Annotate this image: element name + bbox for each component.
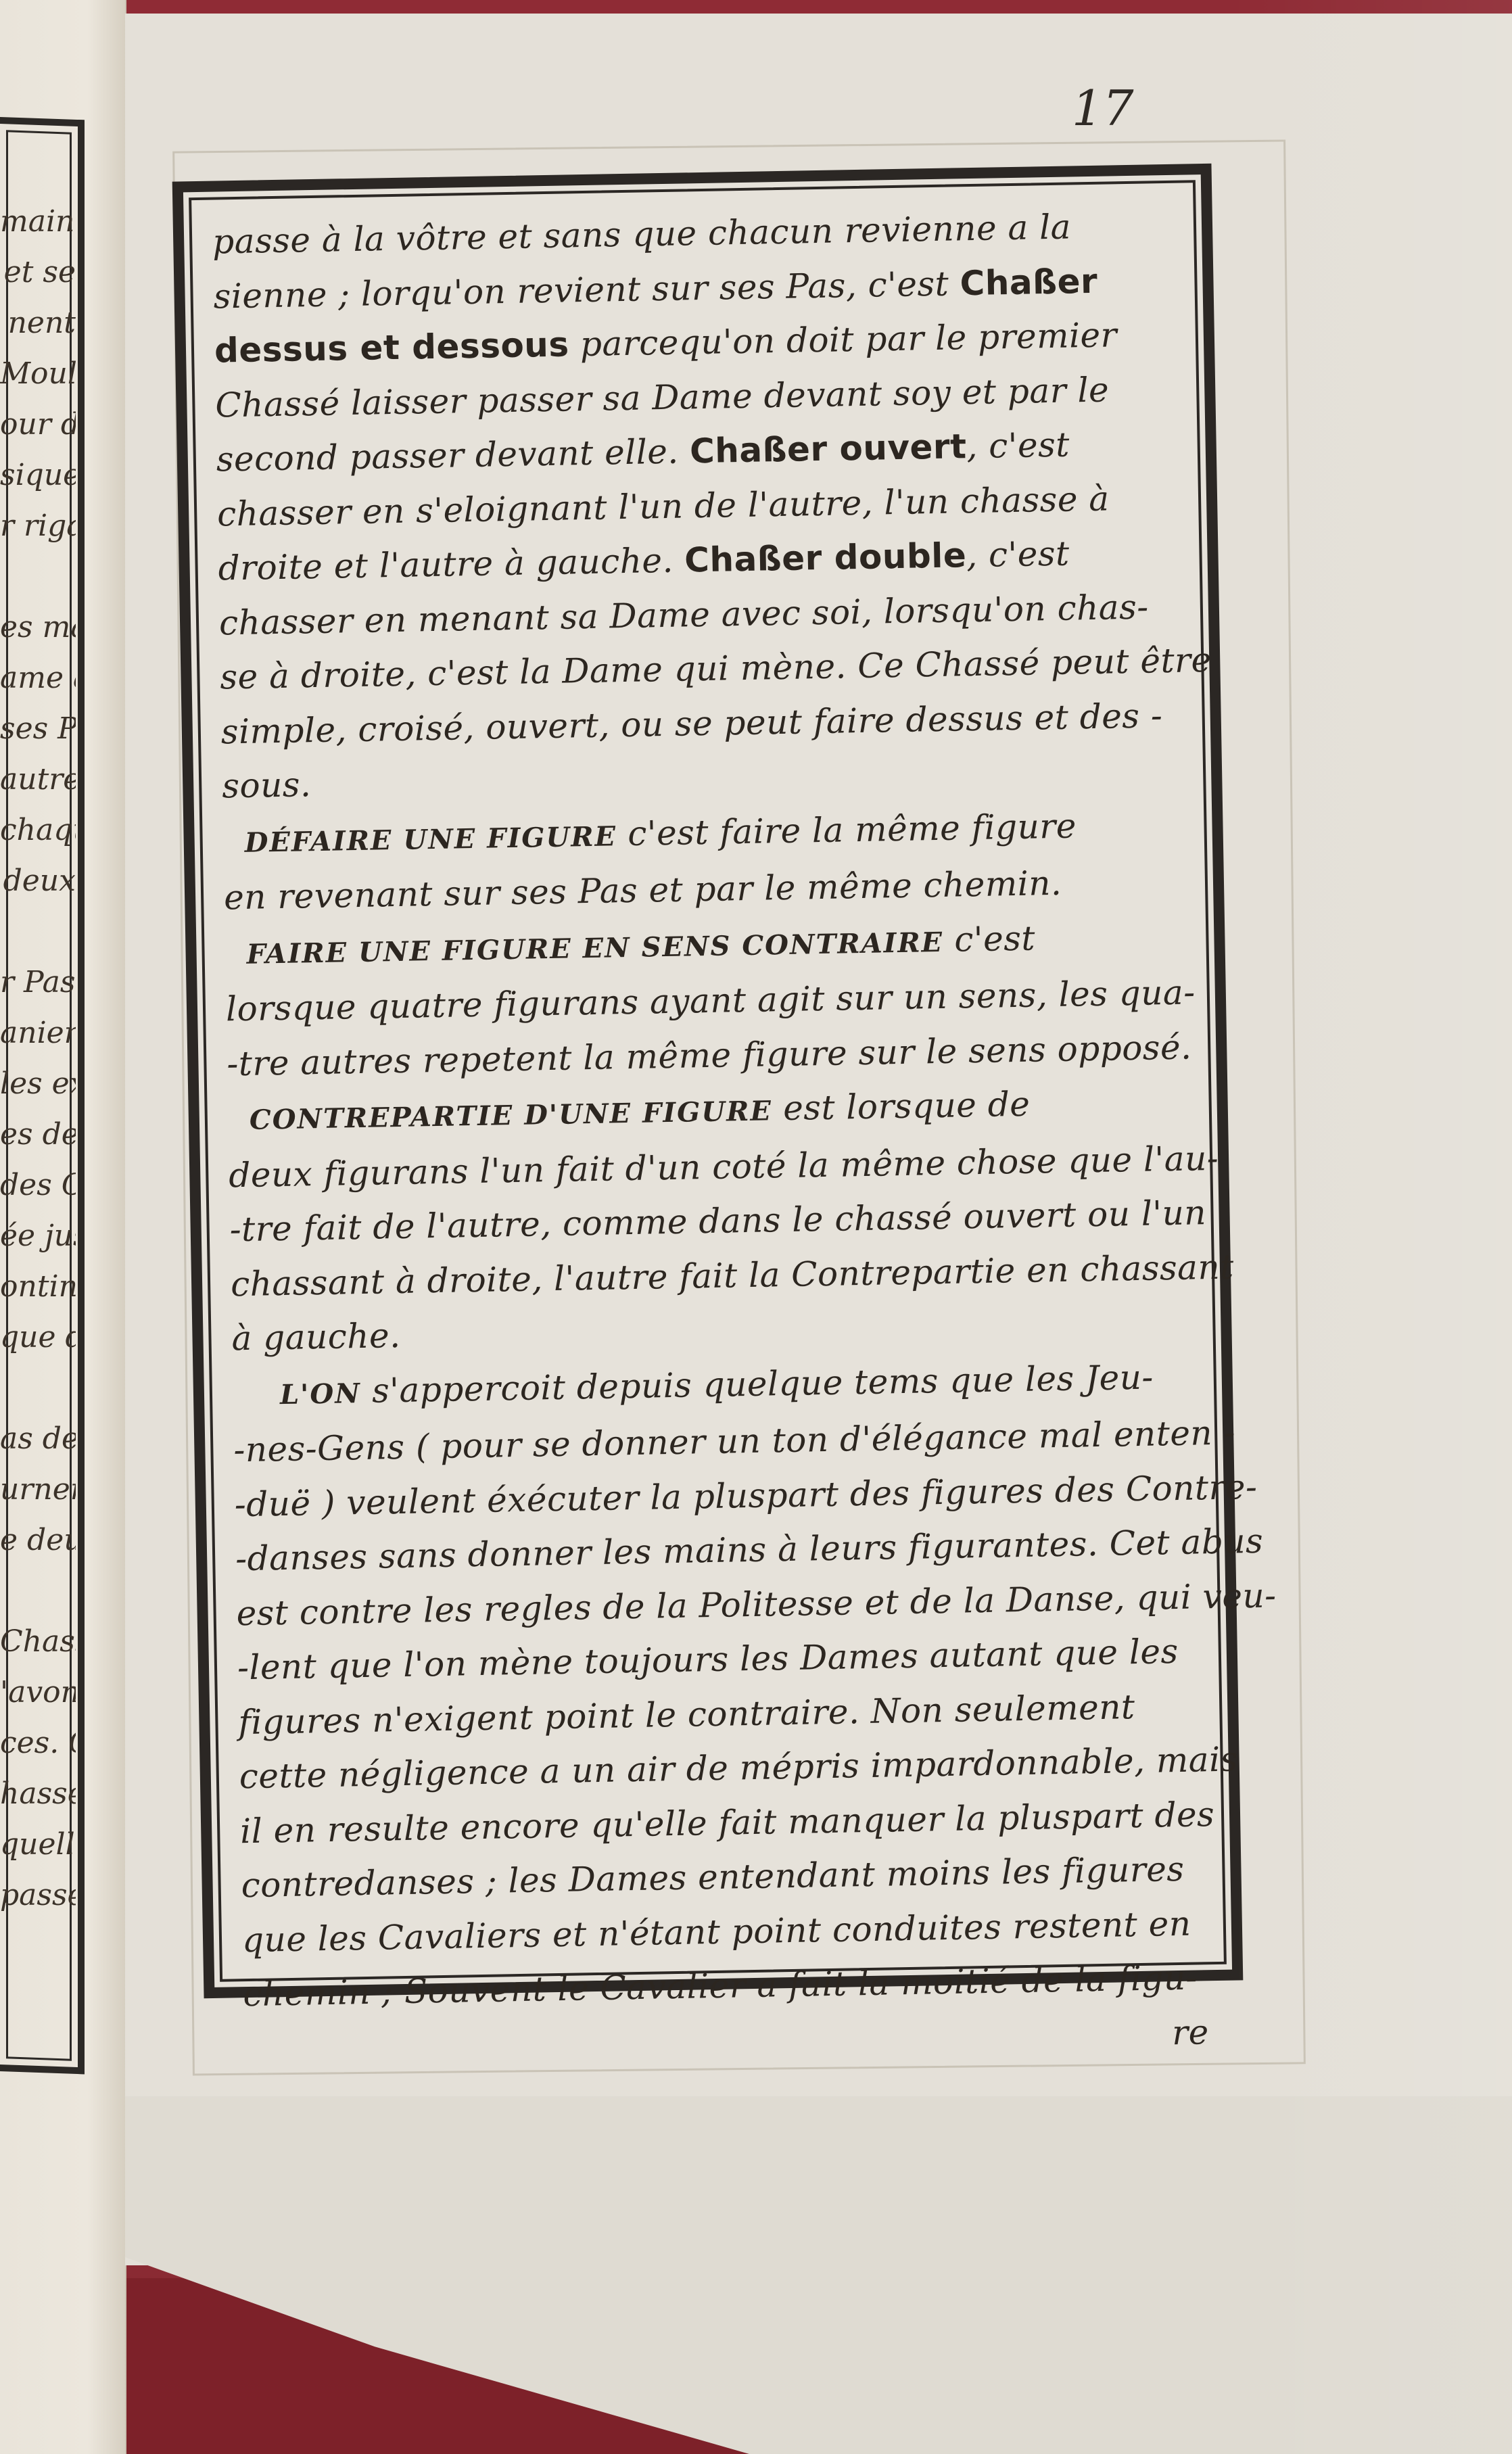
text-run: chemin ; Souvent le Cavalier a fait la m… [243,1958,1198,2014]
text-run: , c'est [966,425,1070,467]
left-page-line-fragment: ses Pou [0,703,76,754]
text-run: chasser en menant sa Dame avec soi, lors… [219,587,1150,642]
left-page-line-fragment: nent [0,298,76,348]
text-run: à gauche. [231,1316,401,1358]
text-run: figures n'exigent point le contraire. No… [238,1687,1135,1742]
left-page-line-fragment: chaque [0,805,76,855]
text-run: -duë ) veulent éxécuter la pluspart des … [234,1467,1257,1524]
left-page-line-fragment [0,1363,76,1413]
text-run: en revenant sur ses Pas et par le même c… [224,864,1062,918]
term-heading: DÉFAIRE UNE FIGURE [244,820,617,859]
text-run: contredanses ; les Dames entendant moins… [241,1849,1185,1905]
left-page-line-fragment: ée juste: [0,1210,76,1261]
text-run: parcequ'on doit par le premier [569,315,1117,364]
left-page-line-fragment: Chassé [0,1616,76,1667]
text-run: chasser en s'eloignant l'un de l'autre, … [217,479,1110,534]
term-heading: L'ON [280,1377,362,1411]
page-number: 17 [1072,80,1134,137]
left-page-line-fragment: et se [0,247,76,298]
text-run: second passer devant elle. [216,431,690,479]
left-page-line-fragment: quelle [0,1819,76,1870]
term-heading: Chaßer ouvert [690,427,967,471]
text-run: passe à la vôtre et sans que chacun revi… [212,207,1072,261]
left-page-text-fragments: main etet senentMouli -our desique,r rig… [0,196,76,1920]
text-run: se à droite, c'est la Dame qui mène. Ce … [220,640,1212,697]
term-heading: FAIRE UNE FIGURE EN SENS CONTRAIRE [246,926,943,970]
text-run: sienne ; lorqu'on revient sur ses Pas, c… [213,264,960,316]
text-run: -nes-Gens ( pour se donner un ton d'élég… [233,1413,1235,1469]
text-run: deux figurans l'un fait d'un coté la mêm… [229,1138,1219,1195]
text-run: que les Cavaliers et n'étant point condu… [242,1904,1191,1959]
left-page-line-fragment: es mains [0,602,76,653]
text-run: sous. [222,765,312,805]
left-page-line-fragment: hassé [0,1768,76,1819]
text-run: -danses sans donner les mains à leurs fi… [235,1521,1264,1579]
text-run: simple, croisé, ouvert, ou se peut faire… [220,696,1162,751]
text-run: est contre les regles de la Politesse et… [236,1576,1277,1633]
text-run: , c'est [966,534,1070,575]
text-run: c'est faire la même figure [616,806,1077,853]
left-page-line-fragment: passe [0,1870,76,1920]
left-page-line-fragment: ces. On [0,1718,76,1768]
left-page-line-fragment: autres. [0,754,76,805]
text-run: droite et l'autre à gauche. [218,540,685,588]
left-page-line-fragment: r Passes [0,957,76,1008]
left-page-line-fragment: r rigau [0,500,76,551]
left-page-line-fragment: anieres [0,1008,76,1058]
left-page-line-fragment [0,1565,76,1616]
left-page-line-fragment: es de [0,1109,76,1160]
left-page-line-fragment: sique, [0,450,76,500]
text-run: re [1172,2012,1210,2052]
text-run: cette négligence a un air de mépris impa… [239,1739,1238,1796]
text-run: chassant à droite, l'autre fait la Contr… [231,1247,1235,1304]
text-run: Chassé laisser passer sa Dame devant soy… [215,370,1110,425]
left-page-line-fragment: e deux [0,1515,76,1565]
left-page-line-fragment: main et [0,196,76,247]
term-heading: Chaßer double [684,536,967,580]
page-edge-shading [1228,0,1512,2454]
text-run: -lent que l'on mène toujours les Dames a… [237,1632,1179,1687]
left-page-line-fragment: as de [0,1413,76,1464]
term-heading: Chaßer [960,261,1098,303]
left-page-line-fragment: our de [0,399,76,450]
text-run: s'appercoit depuis quelque tems que les … [360,1357,1154,1410]
left-page-line-fragment: des Con [0,1160,76,1210]
engraved-text-body: passe à la vôtre et sans que chacun revi… [189,180,1227,1982]
left-page-line-fragment: les ex- [0,1058,76,1109]
left-page-line-fragment [0,551,76,602]
left-page-line-fragment: Mouli - [0,348,76,399]
text-run: -tre fait de l'autre, comme dans le chas… [229,1193,1206,1249]
term-heading: CONTREPARTIE D'UNE FIGURE [249,1095,772,1135]
left-page-line-fragment: urnent [0,1464,76,1515]
text-run: c'est [943,918,1035,959]
text-run: lorsque quatre figurans ayant agit sur u… [226,972,1196,1029]
text-run: -tre autres repetent la même figure sur … [227,1027,1192,1083]
term-heading: dessus et dessous [214,325,570,370]
left-page-line-fragment: ame à [0,653,76,703]
left-page-line-fragment: deux [0,855,76,906]
engraved-text-frame: passe à la vôtre et sans que chacun revi… [172,164,1244,1998]
left-page-line-fragment: ontinu- [0,1261,76,1312]
text-run: est lorsque de [772,1085,1031,1129]
left-page-line-fragment [0,906,76,957]
text-run: il en resulte encore qu'elle fait manque… [240,1795,1215,1851]
left-page-line-fragment: 'avons [0,1667,76,1718]
left-page-line-fragment: que des [0,1312,76,1363]
left-facing-page: main etet senentMouli -our desique,r rig… [0,0,126,2454]
